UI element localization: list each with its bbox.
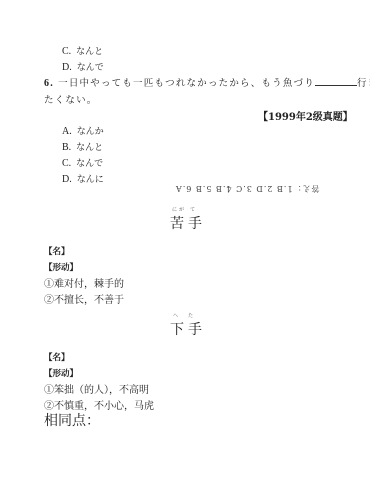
option-d: D.なんに [62,172,104,185]
option-c: C.なんで [62,156,103,169]
question-6-line1: 6. 一日中やっても一匹もつれなかったから、もう魚づり行き [44,75,370,89]
furigana: へた [170,312,206,319]
option-letter: D. [62,174,72,185]
pos-noun: 【名】 [44,245,70,257]
option-b: B.なんと [62,140,103,153]
option-letter: B. [62,142,71,153]
option-text: なんと [76,47,103,57]
pos-adjectival-verb: 【形动】 [44,261,78,273]
pos-noun: 【名】 [44,351,70,363]
option-letter: A. [62,126,72,137]
pos-adjectival-verb: 【形动】 [44,367,78,379]
definition-1: ①难对付，棘手的 [44,275,124,290]
answer-blank [315,76,357,86]
question-text: 一日中やっても一匹もつれなかったから、もう魚づり [58,78,315,89]
headword: 下手 [170,319,206,339]
headword-block-2: へた 下手 [170,312,206,339]
option-c-prev: C.なんと [62,44,103,57]
definition-2: ②不擅长，不善于 [44,291,124,306]
option-text: なんか [77,127,104,137]
option-text: なんで [76,159,103,169]
option-letter: D. [62,62,72,73]
answer-key: 答え：1.B 2.D 3.C 4.B 5.B 6.A [175,183,319,194]
summary-heading: 相同点： [44,410,100,430]
option-text: なんに [77,175,104,185]
headword: 苦手 [170,213,206,233]
headword-block-1: にがて 苦手 [170,206,206,233]
question-text-end: 行き [357,78,370,89]
question-number: 6. [44,78,54,89]
option-letter: C. [62,158,71,169]
option-text: なんで [77,63,104,73]
question-source: 【1999年2级真题】 [258,108,353,123]
option-letter: C. [62,46,71,57]
option-text: なんと [76,143,103,153]
option-d-prev: D.なんで [62,60,104,73]
question-6-line2: たくない。 [44,92,98,106]
furigana: にがて [170,206,206,213]
definition-1: ①笨拙（的人），不高明 [44,381,149,396]
option-a: A.なんか [62,124,104,137]
